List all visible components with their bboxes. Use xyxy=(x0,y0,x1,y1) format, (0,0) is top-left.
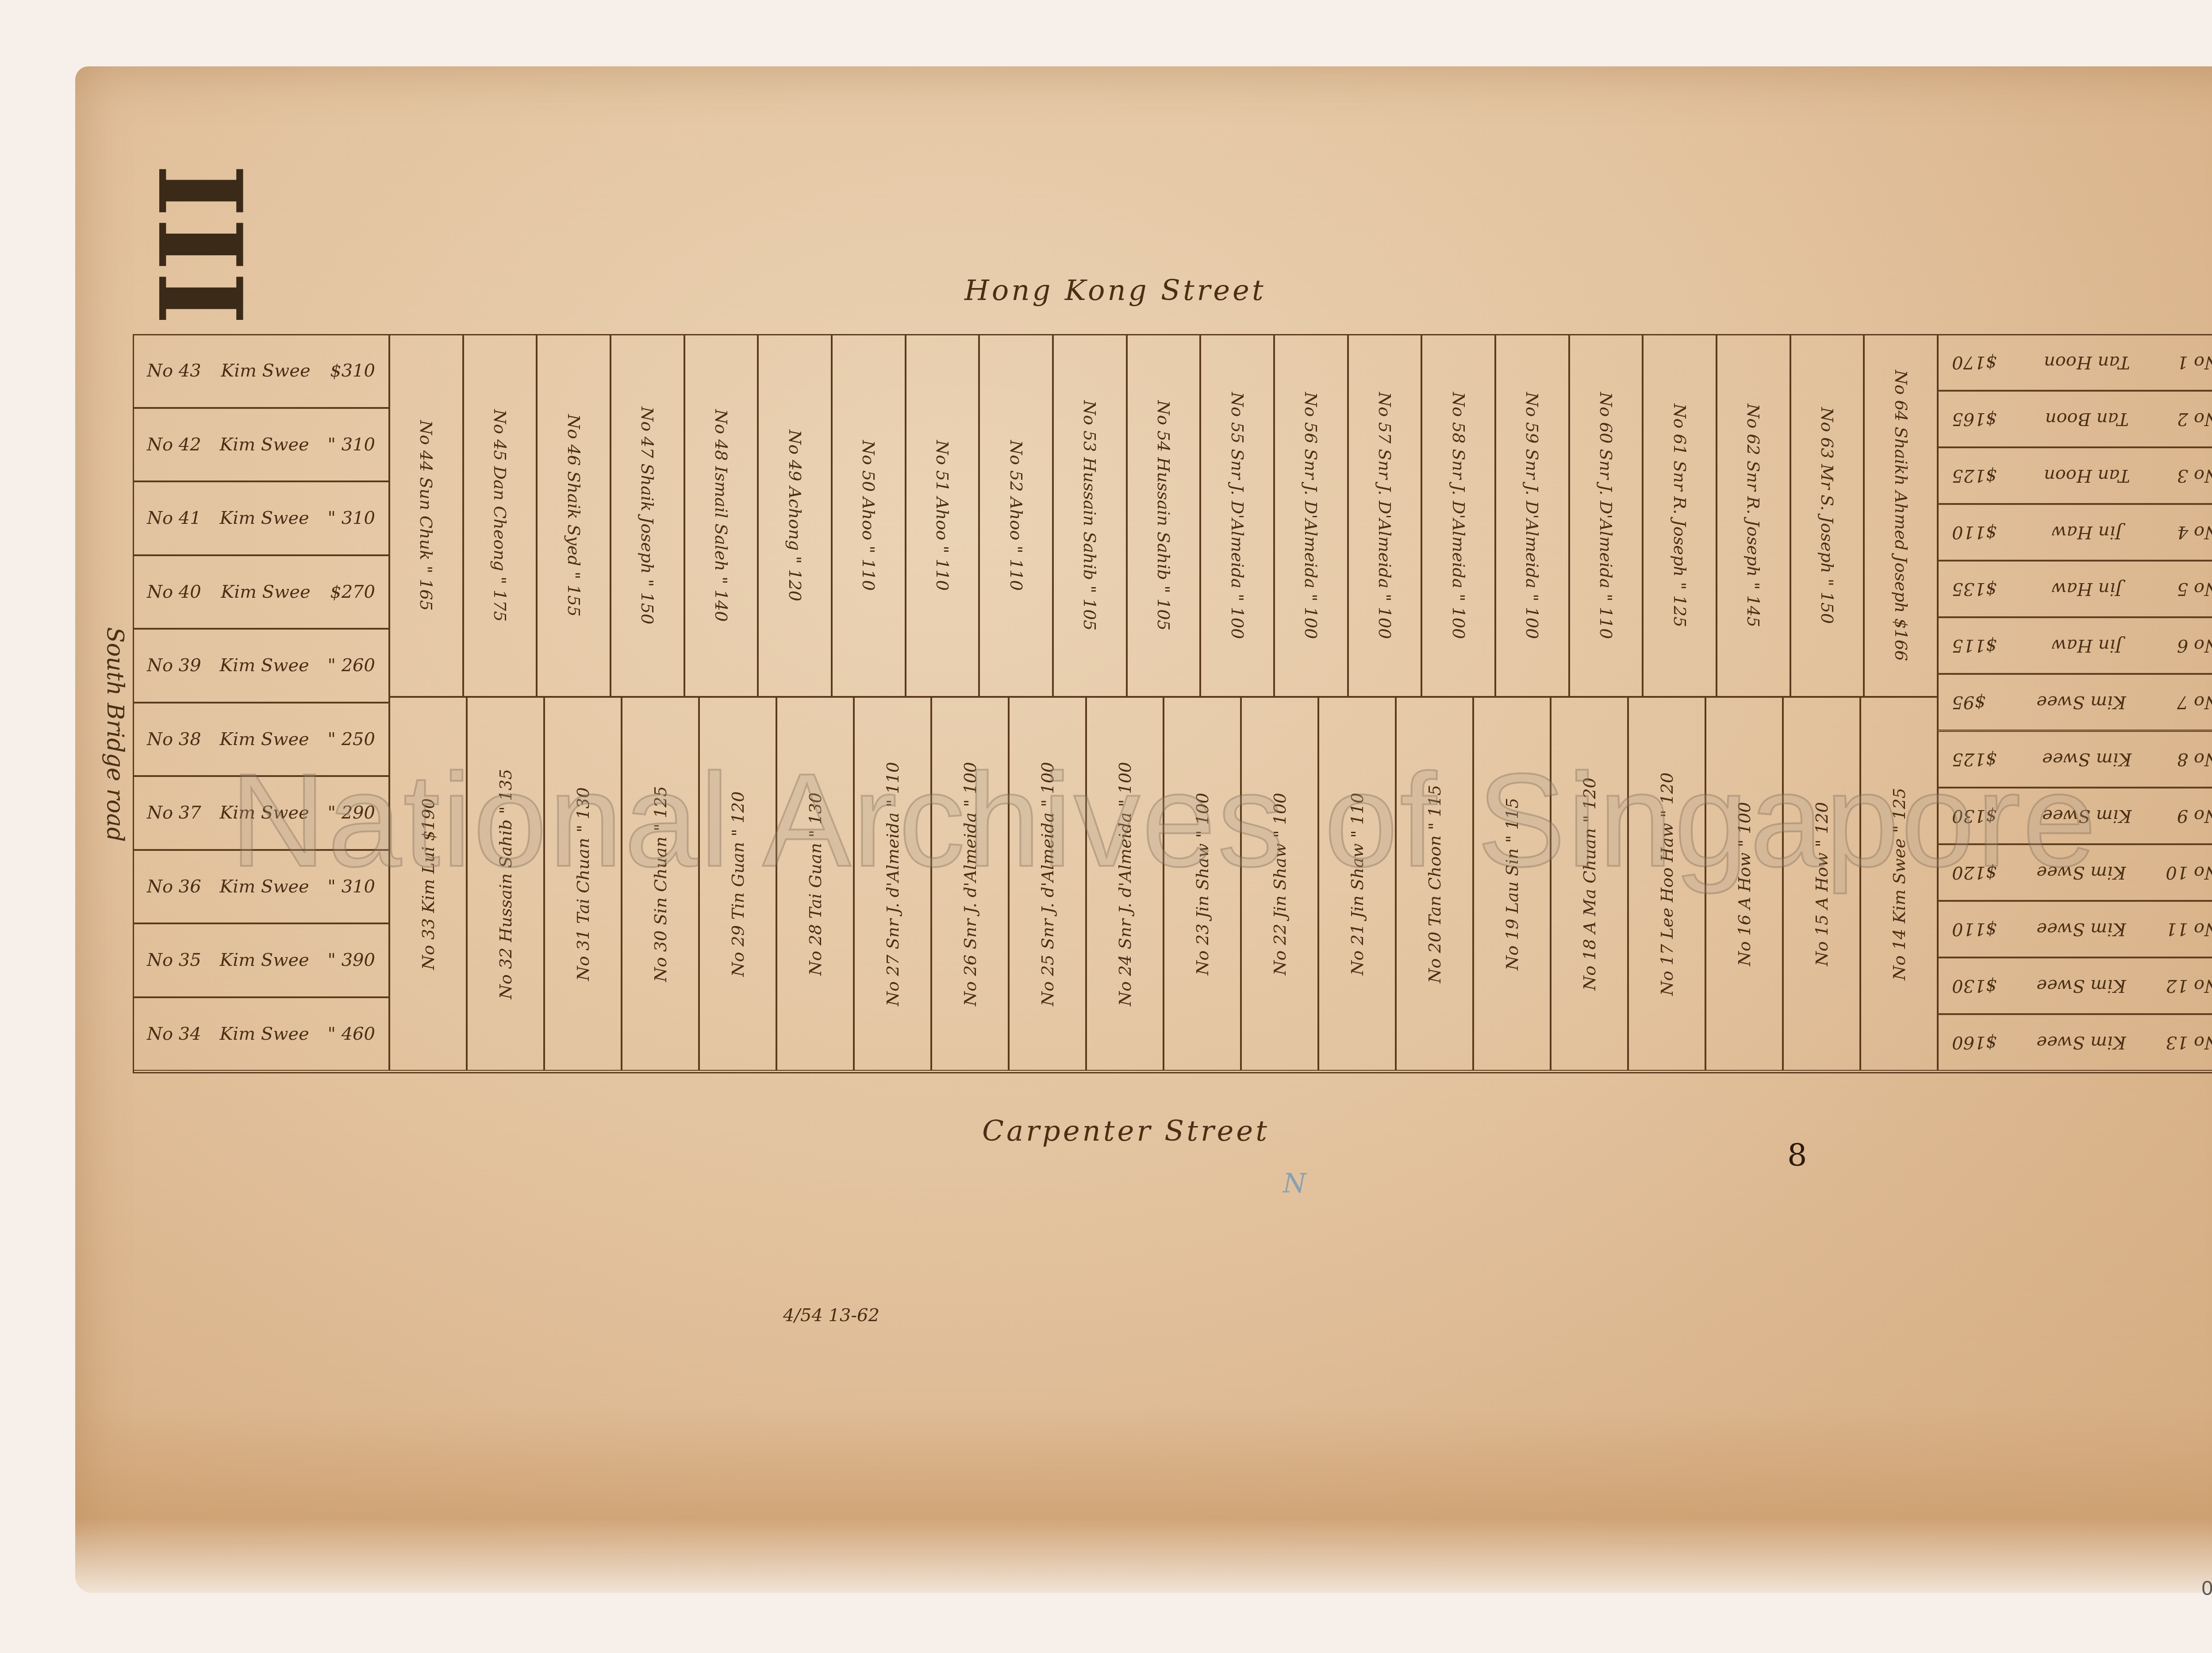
compass-north-mark: N xyxy=(1283,1168,1306,1199)
lot-price: " 155 xyxy=(564,572,584,617)
lot-number: No 37 xyxy=(147,803,201,823)
lot-number: No 32 xyxy=(496,947,515,999)
lot-price: $95 xyxy=(1952,692,1985,712)
lot-cell: No 6Jin Haw$115 xyxy=(1938,617,2212,674)
lot-number: No 50 xyxy=(859,440,878,492)
lot-number: No 15 xyxy=(1812,914,1832,966)
lot-cell: No 50 Ahoo " 110 xyxy=(832,334,906,697)
lot-price: " 110 xyxy=(1596,594,1616,639)
lot-number: No 64 xyxy=(1891,370,1911,422)
lot-cell: No 7Kim Swee$95 xyxy=(1938,674,2212,730)
lot-label: No 45 Dan Cheong " 175 xyxy=(490,409,510,622)
lot-label: No 47 Shaik Joseph " 150 xyxy=(637,407,657,624)
lot-price: " 310 xyxy=(328,508,375,528)
lot-cell: No 11Kim Swee$110 xyxy=(1938,901,2212,957)
lot-owner: Ahoo xyxy=(933,497,952,540)
lot-label: No 52 Ahoo " 110 xyxy=(1006,440,1026,591)
lot-cell: No 2Tan Boon$165 xyxy=(1938,391,2212,447)
lot-price: " 460 xyxy=(328,1024,375,1044)
lot-label: No 58 Snr J. D'Almeida " 100 xyxy=(1449,392,1468,639)
marginal-note-reference: 4/54 13-62 xyxy=(783,1305,879,1326)
lot-owner: Ahoo xyxy=(859,497,878,540)
lot-cell: No 41Kim Swee" 310 xyxy=(133,481,389,555)
lot-cell: No 57 Snr J. D'Almeida " 100 xyxy=(1348,334,1422,697)
lot-owner: Snr J. D'Almeida xyxy=(1596,449,1616,588)
lot-cell: No 59 Snr J. D'Almeida " 100 xyxy=(1495,334,1569,697)
lot-number: No 36 xyxy=(147,876,201,897)
roman-numeral-mark: III xyxy=(97,164,257,261)
lot-number: No 26 xyxy=(960,954,980,1006)
lot-number: No 23 xyxy=(1193,923,1212,975)
lot-label: No 64 Shaikh Ahmed Joseph $166 xyxy=(1891,370,1911,661)
lot-cell: No 45 Dan Cheong " 175 xyxy=(463,334,537,697)
lot-number: No 27 xyxy=(883,954,902,1006)
lot-price: " 150 xyxy=(637,579,657,624)
lot-number: No 47 xyxy=(637,407,657,458)
lot-price: " 100 xyxy=(1522,594,1542,639)
lot-price: $115 xyxy=(1952,635,1997,656)
lot-cell: No 46 Shaik Syed " 155 xyxy=(537,334,611,697)
lot-price: " 165 xyxy=(416,565,436,611)
lot-number: No 9 xyxy=(2177,806,2212,826)
lot-price: " 150 xyxy=(1817,579,1837,624)
lot-price: $135 xyxy=(1952,579,1997,599)
lot-price: $310 xyxy=(330,361,375,381)
lot-number: No 28 xyxy=(806,924,825,976)
lot-cell: No 34Kim Swee" 460 xyxy=(133,997,389,1071)
lot-number: No 39 xyxy=(147,655,201,676)
lot-number: No 4 xyxy=(2177,522,2212,542)
lot-owner: Hussain Sahib xyxy=(1154,457,1173,580)
lot-label: No 46 Shaik Syed " 155 xyxy=(564,414,584,617)
lot-number: No 40 xyxy=(147,582,201,602)
lot-label: No 48 Ismail Saleh " 140 xyxy=(711,409,731,622)
lot-number: No 46 xyxy=(564,414,584,466)
lot-price: $166 xyxy=(1891,618,1911,661)
lot-price: " 310 xyxy=(328,434,375,455)
lot-cell: No 60 Snr J. D'Almeida " 110 xyxy=(1569,334,1643,697)
lot-owner: Kim Swee xyxy=(2036,919,2126,939)
lot-number: No 61 xyxy=(1670,404,1690,455)
lot-number: No 11 xyxy=(2166,919,2212,939)
lot-number: No 42 xyxy=(147,434,201,455)
catalog-number: 000159 xyxy=(2202,1576,2212,1600)
lot-number: No 48 xyxy=(711,409,731,461)
lot-cell: No 35Kim Swee" 390 xyxy=(133,923,389,997)
lot-label: No 61 Snr R. Joseph " 125 xyxy=(1670,404,1690,627)
lot-number: No 25 xyxy=(1038,954,1057,1006)
lot-owner: Snr J. D'Almeida xyxy=(1375,449,1394,588)
lot-label: No 55 Snr J. D'Almeida " 100 xyxy=(1228,392,1247,639)
lot-price: $110 xyxy=(1952,919,1997,939)
lot-number: No 19 xyxy=(1502,919,1522,970)
lot-owner: Shaik Joseph xyxy=(637,464,657,574)
lot-number: No 49 xyxy=(785,430,805,481)
lot-label: No 56 Snr J. D'Almeida " 100 xyxy=(1301,392,1321,639)
lot-number: No 22 xyxy=(1270,923,1290,975)
lot-owner: Snr J. D'Almeida xyxy=(1449,449,1468,588)
lot-number: No 30 xyxy=(651,930,670,982)
lot-cell: No 43Kim Swee$310 xyxy=(133,334,389,408)
lot-number: No 8 xyxy=(2177,749,2212,769)
lot-label: No 49 Achong " 120 xyxy=(785,430,805,601)
lot-owner: Kim Swee xyxy=(2036,692,2126,712)
lot-owner: Kim Swee xyxy=(221,582,310,602)
lot-number: No 58 xyxy=(1449,392,1468,444)
lot-owner: Shaik Syed xyxy=(564,471,584,566)
lot-number: No 24 xyxy=(1115,954,1135,1006)
lot-owner: Dan Cheong xyxy=(490,466,510,571)
lot-label: No 53 Hussain Sahib " 105 xyxy=(1080,400,1099,630)
lot-label: No 44 Sun Chuk " 165 xyxy=(416,420,436,611)
marginal-note-8: 8 xyxy=(1787,1137,1807,1173)
lot-price: " 145 xyxy=(1743,582,1763,627)
lot-owner: Ismail Saleh xyxy=(711,466,731,571)
lot-cell: No 4Jin Haw$110 xyxy=(1938,504,2212,561)
lot-number: No 31 xyxy=(573,929,593,981)
lot-number: No 55 xyxy=(1228,392,1247,444)
lot-owner: Mr S. Joseph xyxy=(1817,464,1837,573)
street-label-left: South Bridge road xyxy=(102,593,128,876)
lot-price: " 120 xyxy=(785,556,805,601)
lot-price: " 125 xyxy=(1670,582,1690,627)
lot-number: No 29 xyxy=(728,925,748,976)
lot-cell: No 55 Snr J. D'Almeida " 100 xyxy=(1200,334,1274,697)
lot-owner: Jin Haw xyxy=(2051,635,2122,656)
lot-cell: No 64 Shaikh Ahmed Joseph $166 xyxy=(1864,334,1938,697)
lot-price: " 100 xyxy=(1301,594,1321,639)
lot-cell: No 53 Hussain Sahib " 105 xyxy=(1053,334,1127,697)
lot-price: " 175 xyxy=(490,577,510,622)
lot-number: No 3 xyxy=(2177,465,2212,486)
lot-price: " 260 xyxy=(328,655,375,676)
lot-label: No 60 Snr J. D'Almeida " 110 xyxy=(1596,392,1616,639)
lot-number: No 6 xyxy=(2177,635,2212,656)
lot-owner: Snr J. D'Almeida xyxy=(1301,449,1321,588)
lot-number: No 53 xyxy=(1080,400,1099,452)
lot-cell: No 49 Achong " 120 xyxy=(758,334,832,697)
lot-cell: No 61 Snr R. Joseph " 125 xyxy=(1643,334,1717,697)
lot-number: No 56 xyxy=(1301,392,1321,444)
lot-cell: No 54 Hussain Sahib " 105 xyxy=(1127,334,1201,697)
lot-owner: Sun Chuk xyxy=(416,477,436,560)
lot-price: " 100 xyxy=(1375,594,1394,639)
lot-cell: No 62 Snr R. Joseph " 145 xyxy=(1717,334,1790,697)
lot-number: No 43 xyxy=(147,361,201,381)
lot-price: " 100 xyxy=(1228,594,1247,639)
lot-price: $170 xyxy=(1952,352,1997,373)
lot-cell: No 47 Shaik Joseph " 150 xyxy=(611,334,684,697)
lot-price: " 105 xyxy=(1080,585,1099,630)
lot-cell: No 51 Ahoo " 110 xyxy=(906,334,979,697)
lot-label: No 63 Mr S. Joseph " 150 xyxy=(1817,407,1837,624)
lot-number: No 54 xyxy=(1154,400,1173,452)
lot-number: No 34 xyxy=(147,1024,201,1044)
lot-owner: Tan Hoon xyxy=(2044,352,2130,373)
lot-owner: Kim Swee xyxy=(219,508,309,528)
street-label-top: Hong Kong Street xyxy=(964,274,1266,307)
lot-owner: Kim Swee xyxy=(219,1024,309,1044)
lot-number: No 44 xyxy=(416,420,436,472)
lot-owner: Tan Hoon xyxy=(2044,465,2130,486)
lot-owner: Achong xyxy=(785,487,805,551)
lot-label: No 59 Snr J. D'Almeida " 100 xyxy=(1522,392,1542,639)
lot-price: $160 xyxy=(1952,1032,1997,1053)
archive-watermark: National Archives of Singapore xyxy=(230,743,2098,896)
lot-number: No 21 xyxy=(1348,923,1367,975)
lot-price: $130 xyxy=(1952,976,1997,996)
lot-owner: Shaikh Ahmed Joseph xyxy=(1891,427,1911,613)
lot-number: No 17 xyxy=(1657,944,1677,996)
lot-number: No 52 xyxy=(1006,440,1026,492)
lot-price: " 390 xyxy=(328,950,375,970)
lot-number: No 62 xyxy=(1743,404,1763,455)
lot-owner: Kim Swee xyxy=(219,655,309,676)
lot-owner: Kim Swee xyxy=(2036,1032,2126,1053)
lot-number: No 7 xyxy=(2177,692,2212,712)
lot-cell: No 44 Sun Chuk " 165 xyxy=(389,334,463,697)
lot-number: No 57 xyxy=(1375,392,1394,444)
lot-cell: No 1Tan Hoon$170 xyxy=(1938,334,2212,391)
lot-number: No 5 xyxy=(2177,579,2212,599)
lot-number: No 60 xyxy=(1596,392,1616,444)
lot-owner: Kim Swee xyxy=(219,950,309,970)
lot-owner: Kim Swee xyxy=(2036,976,2126,996)
street-label-bottom: Carpenter Street xyxy=(982,1115,1270,1148)
lot-number: No 45 xyxy=(490,409,510,461)
lot-owner: Snr J. D'Almeida xyxy=(1228,449,1247,588)
lot-cell: No 39Kim Swee" 260 xyxy=(133,629,389,703)
lot-cell: No 56 Snr J. D'Almeida " 100 xyxy=(1274,334,1348,697)
lot-owner: Jin Haw xyxy=(2051,522,2122,542)
lot-number: No 12 xyxy=(2166,976,2212,996)
lot-price: $165 xyxy=(1952,409,1997,429)
lot-number: No 59 xyxy=(1522,392,1542,444)
lot-owner: Kim Swee xyxy=(219,434,309,455)
lot-owner: Jin Haw xyxy=(2051,579,2122,599)
lot-cell: No 13Kim Swee$160 xyxy=(1938,1014,2212,1071)
lot-number: No 2 xyxy=(2177,409,2212,429)
lot-owner: Snr R. Joseph xyxy=(1670,461,1690,577)
lot-number: No 41 xyxy=(147,508,201,528)
lot-number: No 16 xyxy=(1735,914,1754,966)
lot-owner: Tan Boon xyxy=(2045,409,2129,429)
lot-cell: No 52 Ahoo " 110 xyxy=(979,334,1053,697)
lot-number: No 20 xyxy=(1425,931,1444,983)
lot-price: " 105 xyxy=(1154,585,1173,630)
lot-number: No 63 xyxy=(1817,407,1837,459)
lot-owner: Snr R. Joseph xyxy=(1743,461,1763,577)
lot-price: $110 xyxy=(1952,522,1997,542)
lot-price: " 140 xyxy=(711,577,731,622)
lot-cell: No 5Jin Haw$135 xyxy=(1938,561,2212,617)
lot-number: No 13 xyxy=(2166,1032,2212,1053)
lot-price: " 100 xyxy=(1449,594,1468,639)
lot-price: " 110 xyxy=(933,546,952,591)
lot-label: No 50 Ahoo " 110 xyxy=(859,440,878,591)
lot-price: " 110 xyxy=(1006,546,1026,591)
lot-cell: No 40Kim Swee$270 xyxy=(133,555,389,629)
lot-price: $125 xyxy=(1952,465,1997,486)
lot-number: No 33 xyxy=(419,918,438,970)
lot-cell: No 12Kim Swee$130 xyxy=(1938,957,2212,1014)
lot-label: No 57 Snr J. D'Almeida " 100 xyxy=(1375,392,1394,639)
lot-price: " 110 xyxy=(859,546,878,591)
lot-owner: Kim Swee xyxy=(221,361,310,381)
lot-cell: No 58 Snr J. D'Almeida " 100 xyxy=(1421,334,1495,697)
lot-label: No 62 Snr R. Joseph " 145 xyxy=(1743,404,1763,627)
lot-number: No 1 xyxy=(2177,352,2212,373)
lot-price: $270 xyxy=(330,582,375,602)
lot-owner: Snr J. D'Almeida xyxy=(1522,449,1542,588)
lot-number: No 35 xyxy=(147,950,201,970)
lot-label: No 51 Ahoo " 110 xyxy=(933,440,952,591)
lot-number: No 18 xyxy=(1580,939,1599,991)
lot-number: No 38 xyxy=(147,729,201,750)
lot-number: No 51 xyxy=(933,440,952,492)
lot-label: No 54 Hussain Sahib " 105 xyxy=(1154,400,1173,630)
lot-cell: No 48 Ismail Saleh " 140 xyxy=(684,334,758,697)
lot-cell: No 42Kim Swee" 310 xyxy=(133,408,389,482)
lot-cell: No 3Tan Hoon$125 xyxy=(1938,447,2212,504)
lot-cell: No 63 Mr S. Joseph " 150 xyxy=(1790,334,1864,697)
lot-owner: Ahoo xyxy=(1006,497,1026,540)
lot-number: No 14 xyxy=(1889,928,1909,980)
lot-number: No 10 xyxy=(2166,862,2212,883)
lot-owner: Hussain Sahib xyxy=(1080,457,1099,580)
